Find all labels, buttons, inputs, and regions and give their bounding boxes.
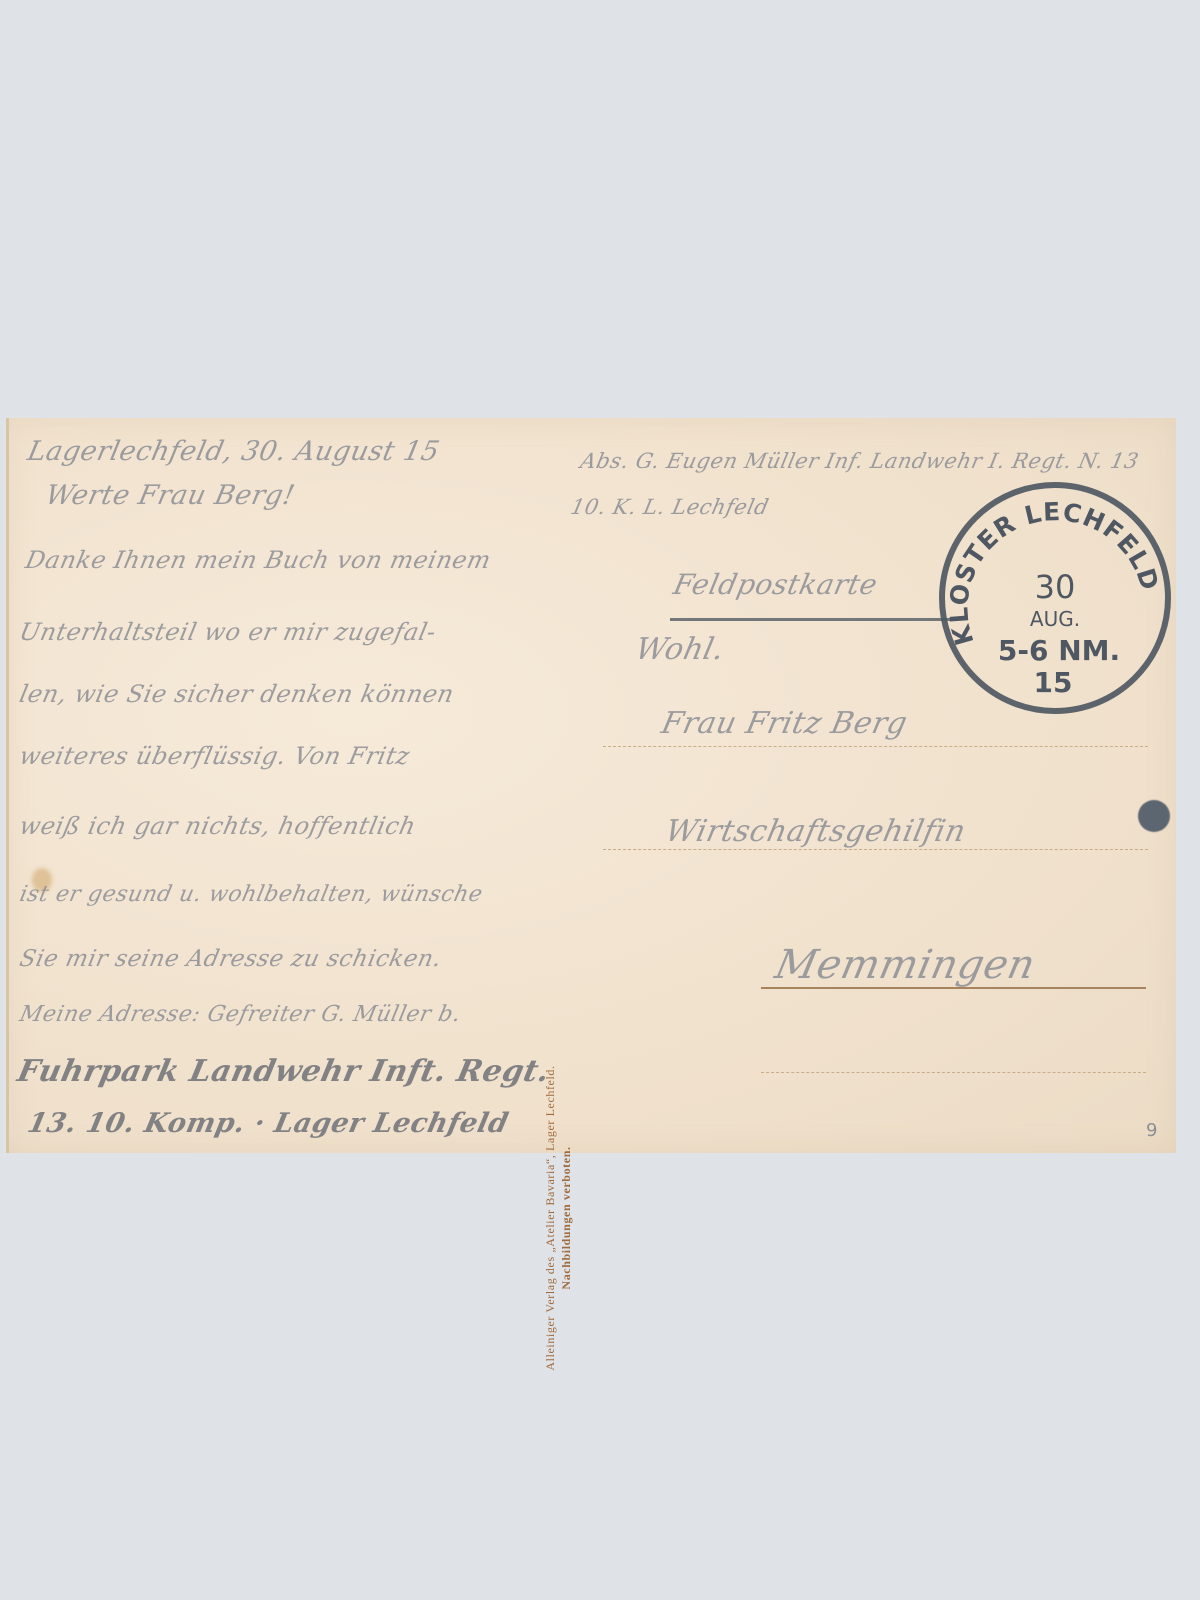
message-line: Danke Ihnen mein Buch von meinem — [23, 546, 494, 574]
message-line: Unterhaltsteil wo er mir zugefal- — [17, 618, 439, 646]
message-line: Meine Adresse: Gefreiter G. Müller b. — [17, 1002, 463, 1027]
message-line: Fuhrpark Landwehr Inft. Regt. — [14, 1054, 553, 1089]
address-line-2 — [603, 849, 1148, 850]
publisher-imprint: Alleiniger Verlag des „Atelier Bavaria“,… — [542, 1018, 602, 1418]
mail-type-label: Feldpostkarte — [670, 568, 880, 601]
ink-blot — [1138, 800, 1170, 832]
address-city: Memmingen — [771, 942, 1039, 988]
message-line: weiß ich gar nichts, hoffentlich — [17, 812, 418, 840]
postmark-month: AUG. — [1030, 607, 1080, 631]
message-line: ist er gesund u. wohlbehalten, wünsche — [17, 882, 485, 907]
postmark-time: 5-6 NM. — [998, 634, 1120, 667]
message-line: 13. 10. Komp. · Lager Lechfeld — [25, 1108, 512, 1139]
postmark-circle-icon: KLOSTER LECHFELD 30 AUG. 5-6 NM. 15 — [935, 478, 1175, 718]
message-line: weiteres überflüssig. Von Fritz — [17, 742, 413, 770]
address-line2: Wirtschaftsgehilfin — [662, 814, 969, 849]
postmark-year: 15 — [1034, 666, 1073, 699]
postmark-day: 30 — [1035, 568, 1076, 606]
publisher-line-1: Alleiniger Verlag des „Atelier Bavaria“,… — [542, 1018, 558, 1418]
message-line: len, wie Sie sicher denken können — [17, 680, 457, 708]
postmark-stamp: KLOSTER LECHFELD 30 AUG. 5-6 NM. 15 — [935, 478, 1175, 718]
address-line-3 — [761, 987, 1146, 989]
publisher-line-2: Nachbildungen verboten. — [558, 1018, 574, 1418]
address-line-1 — [603, 746, 1148, 747]
message-line-date: Lagerlechfeld, 30. August 15 — [25, 436, 443, 467]
pencil-underline — [670, 618, 950, 621]
page-number: 9 — [1146, 1120, 1157, 1141]
address-recipient: Frau Fritz Berg — [658, 706, 910, 741]
address-salutation: Wohl. — [632, 632, 727, 667]
message-line-salutation: Werte Frau Berg! — [43, 480, 298, 511]
address-line-4 — [761, 1072, 1146, 1073]
message-line: Sie mir seine Adresse zu schicken. — [17, 946, 444, 972]
